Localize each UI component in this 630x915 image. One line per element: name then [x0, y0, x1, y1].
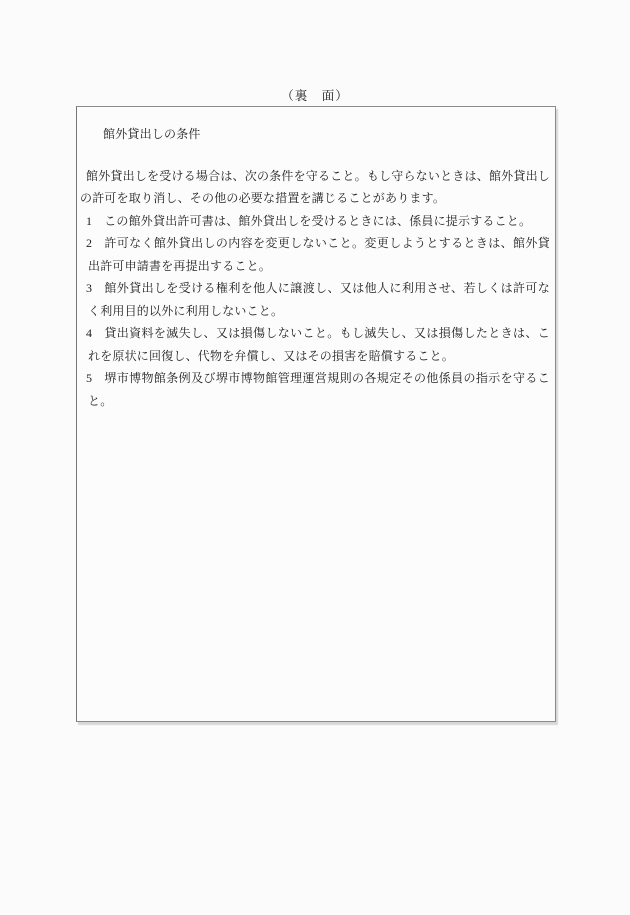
condition-item: 3館外貸出しを受ける権利を他人に譲渡し、又は他人に利用させ、若しくは許可なく利用… — [80, 277, 550, 322]
condition-text: 堺市博物館条例及び堺市博物館管理運営規則の各規定その他係員の指示を守ること。 — [88, 371, 550, 408]
conditions-list: 1この館外貸出許可書は、館外貸出しを受けるときには、係員に提示すること。2許可な… — [80, 210, 550, 413]
conditions-box: 館外貸出しの条件 館外貸出しを受ける場合は、次の条件を守ること。もし守らないとき… — [76, 106, 556, 722]
condition-item: 1この館外貸出許可書は、館外貸出しを受けるときには、係員に提示すること。 — [80, 210, 550, 233]
intro-paragraph: 館外貸出しを受ける場合は、次の条件を守ること。もし守らないときは、館外貸出しの許… — [80, 165, 550, 210]
condition-item: 5堺市博物館条例及び堺市博物館管理運営規則の各規定その他係員の指示を守ること。 — [80, 367, 550, 412]
section-title: 館外貸出しの条件 — [80, 123, 550, 146]
condition-item: 2許可なく館外貸出しの内容を変更しないこと。変更しようとするときは、館外貸出許可… — [80, 232, 550, 277]
condition-text: この館外貸出許可書は、館外貸出しを受けるときには、係員に提示すること。 — [104, 214, 531, 228]
condition-number: 4 — [86, 326, 92, 340]
page-side-label: （裏 面） — [0, 86, 630, 104]
condition-text: 貸出資料を滅失し、又は損傷しないこと。もし滅失し、又は損傷したときは、これを原状… — [88, 326, 550, 363]
condition-number: 1 — [86, 214, 92, 228]
condition-number: 2 — [86, 236, 92, 250]
condition-item: 4貸出資料を滅失し、又は損傷しないこと。もし滅失し、又は損傷したときは、これを原… — [80, 322, 550, 367]
condition-number: 5 — [86, 371, 92, 385]
condition-number: 3 — [86, 281, 92, 295]
condition-text: 許可なく館外貸出しの内容を変更しないこと。変更しようとするときは、館外貸出許可申… — [88, 236, 550, 273]
document-page: （裏 面） 館外貸出しの条件 館外貸出しを受ける場合は、次の条件を守ること。もし… — [0, 0, 630, 915]
condition-text: 館外貸出しを受ける権利を他人に譲渡し、又は他人に利用させ、若しくは許可なく利用目… — [88, 281, 550, 318]
